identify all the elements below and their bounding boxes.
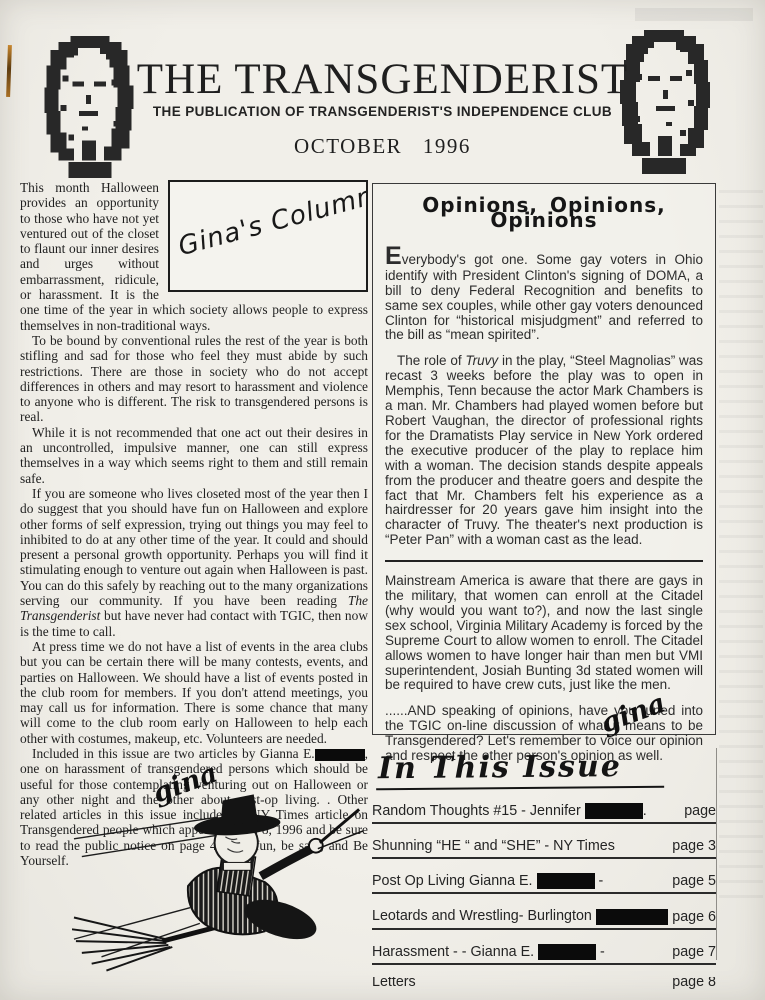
body-paragraph: While it is not recommended that one act… xyxy=(20,425,368,486)
toc-row: Shunning “HE “ and “SHE” - NY Times page… xyxy=(372,838,716,859)
newsletter-title: THE TRANSGENDERIST xyxy=(0,55,765,104)
toc-page-number: page 5 xyxy=(672,873,716,889)
toc-page-number: page 3 xyxy=(672,838,716,854)
toc-entry-label: Letters xyxy=(372,977,416,990)
bleed-through-smudge xyxy=(635,8,753,21)
newsletter-subtitle: THE PUBLICATION OF TRANSGENDERIST'S INDE… xyxy=(0,104,765,119)
toc-row: Leotards and Wrestling- Burlington page … xyxy=(372,908,716,929)
body-paragraph: If you are someone who lives closeted mo… xyxy=(20,486,368,639)
redacted-name xyxy=(596,909,668,925)
toc-title: In This Issue xyxy=(376,749,664,791)
toc-entry-label: Leotards and Wrestling- Burlington xyxy=(372,908,668,924)
opinions-paragraph: Mainstream America is aware that there a… xyxy=(385,574,703,693)
toc-page-number: page 7 xyxy=(672,944,716,960)
toc-entry-label: Random Thoughts #15 - Jennifer . xyxy=(372,803,647,819)
toc-entry-text: - xyxy=(595,873,604,889)
redacted-name xyxy=(585,803,643,819)
section-divider xyxy=(385,560,703,562)
toc-entry-text: - xyxy=(596,944,605,960)
body-paragraph: To be bound by conventional rules the re… xyxy=(20,333,368,425)
toc-entry-label: Post Op Living Gianna E. - xyxy=(372,873,603,889)
opinions-paragraph: The role of Truvy in the play, “Steel Ma… xyxy=(385,354,703,548)
toc-entry-text: Harassment - - Gianna E. xyxy=(372,944,538,960)
drop-cap: E xyxy=(385,242,402,270)
paragraph-text: The role of xyxy=(397,353,465,368)
toc-entry-text: Random Thoughts #15 - Jennifer xyxy=(372,803,585,819)
toc-section: In This Issue Random Thoughts #15 - Jenn… xyxy=(372,748,717,960)
opinions-paragraph: Everybody's got one. Some gay voters in … xyxy=(385,244,703,344)
paragraph-text: in the play, “Steel Magnolias” was recas… xyxy=(385,353,703,547)
toc-entry-label: Harassment - - Gianna E. - xyxy=(372,944,605,960)
paragraph-text: verybody's got one. Some gay voters in O… xyxy=(385,252,703,343)
toc-row: Harassment - - Gianna E. - page 7 xyxy=(372,944,716,965)
toc-rows: Random Thoughts #15 - Jennifer . page Sh… xyxy=(372,803,716,993)
issue-date: OCTOBER 1996 xyxy=(0,134,765,159)
toc-page-number: page 8 xyxy=(672,977,716,990)
body-paragraph: At press time we do not have a list of e… xyxy=(20,639,368,746)
newsletter-page: THE TRANSGENDERIST THE PUBLICATION OF TR… xyxy=(0,0,765,1000)
redacted-name xyxy=(538,944,596,960)
toc-page-number: page xyxy=(684,803,716,819)
role-name-italic: Truvy xyxy=(465,353,498,368)
toc-row: Post Op Living Gianna E. - page 5 xyxy=(372,873,716,894)
ginas-column-box: Gina's Column xyxy=(168,180,368,292)
witch-on-broom-illustration xyxy=(72,790,367,990)
toc-entry-text: Post Op Living Gianna E. xyxy=(372,873,537,889)
toc-entry-text: Leotards and Wrestling- Burlington xyxy=(372,908,596,924)
toc-page-number: page 6 xyxy=(672,909,716,925)
opinions-box: Opinions, Opinions, Opinions Everybody's… xyxy=(372,183,716,735)
paragraph-text: If you are someone who lives closeted mo… xyxy=(20,486,368,608)
redacted-name xyxy=(537,873,595,889)
toc-row: Random Thoughts #15 - Jennifer . page xyxy=(372,803,716,824)
redacted-name xyxy=(315,749,365,761)
ginas-column-title: Gina's Column xyxy=(177,192,364,256)
toc-row: Letters page 8 xyxy=(372,977,716,993)
toc-entry-label: Shunning “HE “ and “SHE” - NY Times xyxy=(372,838,615,854)
toc-entry-text: . xyxy=(643,803,647,819)
opinions-title: Opinions, Opinions, Opinions xyxy=(385,198,703,228)
bleed-through-margin xyxy=(719,190,763,910)
paragraph-text: Included in this issue are two articles … xyxy=(32,746,315,761)
